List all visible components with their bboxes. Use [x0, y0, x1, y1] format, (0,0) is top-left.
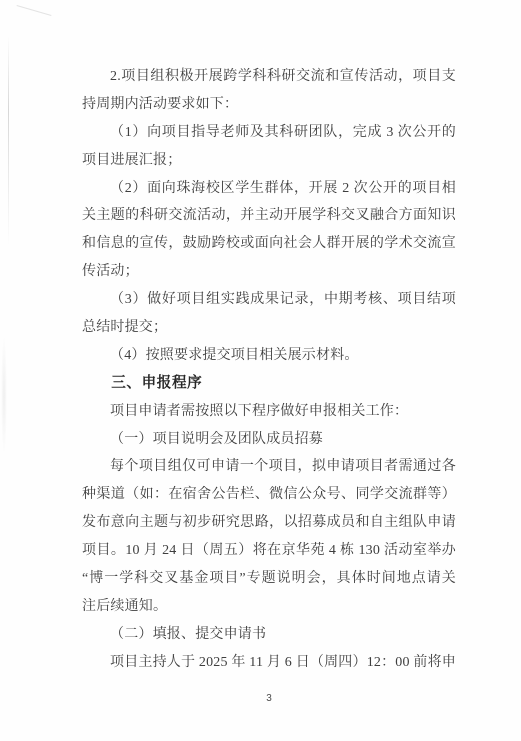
paragraph: 每个项目组仅可申请一个项目，拟申请项目者需通过各种渠道（如：在宿舍公告栏、微信公…: [82, 453, 456, 620]
text-line: （3）做好项目组实践成果记录，中期考核、项目结项: [82, 286, 456, 314]
paragraph: （二）填报、提交申请书: [82, 621, 456, 649]
scan-artifact-smudge: [1, 335, 7, 455]
paragraph: 2.项目组积极开展跨学科科研交流和宣传活动，项目支持周期内活动要求如下：: [82, 63, 456, 119]
page-number: 3: [82, 693, 456, 704]
paragraph: （1）向项目指导老师及其科研团队，完成 3 次公开的项目进展汇报；: [82, 119, 456, 175]
text-line: 2.项目组积极开展跨学科科研交流和宣传活动，项目支: [82, 63, 456, 91]
text-line: 项目。10 月 24 日（周五）将在京华苑 4 栋 130 活动室举办: [82, 537, 456, 565]
text-line: 注后续通知。: [82, 593, 456, 621]
text-line: 总结时提交；: [82, 314, 456, 342]
text-line: （一）项目说明会及团队成员招募: [82, 426, 456, 454]
text-line: 项目进展汇报；: [82, 147, 456, 175]
text-line: （4）按照要求提交项目相关展示材料。: [82, 342, 456, 370]
paragraph: 三、申报程序: [82, 370, 456, 398]
paragraph: （3）做好项目组实践成果记录，中期考核、项目结项总结时提交；: [82, 286, 456, 342]
text-line: 传活动；: [82, 258, 456, 286]
text-line: 项目申请者需按照以下程序做好申报相关工作：: [82, 398, 456, 426]
paragraph: （4）按照要求提交项目相关展示材料。: [82, 342, 456, 370]
scan-artifact-corner-line: [17, 5, 52, 16]
text-line: 每个项目组仅可申请一个项目，拟申请项目者需通过各: [82, 453, 456, 481]
paragraph: （2）面向珠海校区学生群体，开展 2 次公开的项目相关主题的科研交流活动，并主动…: [82, 175, 456, 287]
paragraph: 项目主持人于 2025 年 11 月 6 日（周四）12：00 前将申: [82, 649, 456, 677]
text-line: 关主题的科研交流活动，并主动开展学科交叉融合方面知识: [82, 202, 456, 230]
text-line: 种渠道（如：在宿舍公告栏、微信公众号、同学交流群等）: [82, 481, 456, 509]
paragraph: （一）项目说明会及团队成员招募: [82, 426, 456, 454]
text-line: 项目主持人于 2025 年 11 月 6 日（周四）12：00 前将申: [82, 649, 456, 677]
text-line: 发布意向主题与初步研究思路，以招募成员和自主组队申请: [82, 509, 456, 537]
text-block: 2.项目组积极开展跨学科科研交流和宣传活动，项目支持周期内活动要求如下：（1）向…: [82, 63, 456, 677]
paragraph: 项目申请者需按照以下程序做好申报相关工作：: [82, 398, 456, 426]
text-line: （2）面向珠海校区学生群体，开展 2 次公开的项目相: [82, 175, 456, 203]
text-line: （1）向项目指导老师及其科研团队，完成 3 次公开的: [82, 119, 456, 147]
document-page: 2.项目组积极开展跨学科科研交流和宣传活动，项目支持周期内活动要求如下：（1）向…: [0, 0, 521, 741]
text-line: 和信息的宣传，鼓励跨校或面向社会人群开展的学术交流宣: [82, 230, 456, 258]
text-line: （二）填报、提交申请书: [82, 621, 456, 649]
section-heading: 三、申报程序: [82, 370, 456, 398]
text-line: 持周期内活动要求如下：: [82, 91, 456, 119]
text-line: “博一学科交叉基金项目”专题说明会，具体时间地点请关: [82, 565, 456, 593]
scan-artifact-edge-line: [8, 36, 9, 246]
